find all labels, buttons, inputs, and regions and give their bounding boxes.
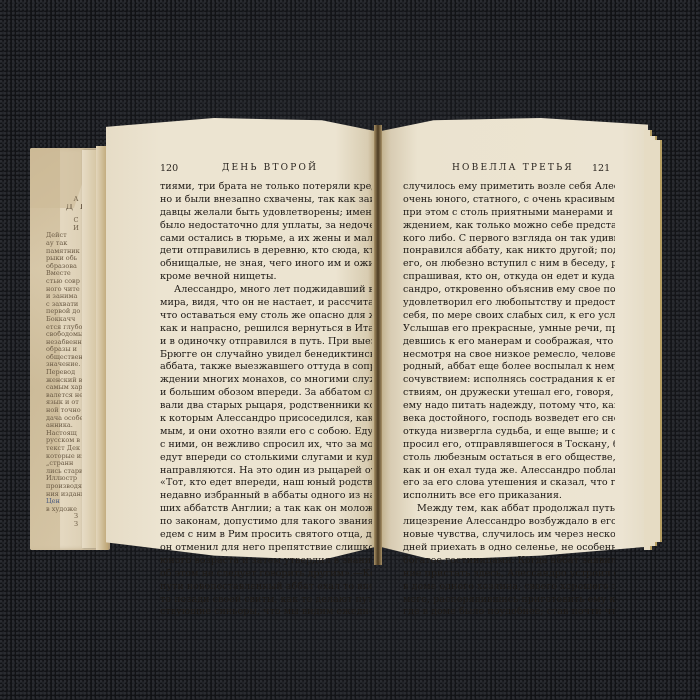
text-line: об этом не следует говорить другим».—Ког… (160, 568, 372, 581)
text-line: ствующие синьоры, что мы видим ежедневно… (160, 606, 372, 619)
text-line: пути новопоставленный аббат ехал то впер… (160, 581, 372, 594)
text-line: дети отправились в деревню, кто сюда, кт… (160, 245, 372, 258)
text-line: с ними, он вежливо спросил их, что за мо… (160, 439, 372, 452)
left-running-head: ДЕНЬ ВТОРОЙ (222, 163, 318, 173)
text-line: но и были внезапно схвачены, так как заи… (160, 194, 372, 207)
text-line: направляются. На это один из рыцарей отв… (160, 465, 372, 478)
text-line: давцы желали быть удовлетворены; имения … (160, 207, 372, 220)
text-line: Брюгге он случайно увидел бенедиктинског… (160, 349, 372, 362)
text-line: обнищалые, не зная, чего иного им и ожид… (160, 258, 372, 271)
right-running-head: НОВЕЛЛА ТРЕТЬЯ (452, 163, 574, 173)
book-scene: АД ЕСИДейстау такпамятникрыки обьобразов… (0, 0, 700, 700)
text-line: недавно избранный в аббаты одного из наи… (160, 490, 372, 503)
text-line: понравился аббату, как никто другой; под… (403, 245, 615, 258)
right-page-number: 121 (592, 163, 610, 174)
text-line: столь любезным остаться в его обществе, … (403, 452, 615, 465)
book-spine-gutter (374, 125, 382, 565)
text-line: мира, видя, что он не настает, и рассчит… (160, 297, 372, 310)
text-line: кого либо. С первого взгляда он так удив… (403, 233, 615, 246)
text-line: ему надо питать надежду, потому что, как… (403, 400, 615, 413)
text-line: то позади своей свиты, как то делают пут… (160, 594, 372, 607)
text-line: он отменил для него препятствие слишком (160, 542, 372, 555)
right-page-text: случилось ему приметить возле себя Алесс… (403, 181, 615, 619)
text-line: и в одиночку отправился в путь. При выез… (160, 336, 372, 349)
text-line: богатое гостиницами. Когда аббат заявил … (403, 555, 615, 568)
text-line: очень юного, статного, с очень красивым … (403, 194, 615, 207)
text-line: как и он ехал туда же. Алессандро поблаг… (403, 465, 615, 478)
text-line: мым, и они охотно взяли его с собою. Еду… (160, 426, 372, 439)
text-line: едем с ним в Рим просить святого отца, д… (160, 529, 372, 542)
text-line: девшись к его манерам и соображая, что о… (403, 336, 615, 349)
text-line: мого, распорядившись приготовить ему ком… (403, 594, 615, 607)
text-line: при этом с столь приятными манерами и об… (403, 207, 615, 220)
text-line: что оставаться ему столь же опасно для ж… (160, 310, 372, 323)
text-line: родный, аббат еще более воспылал к нему (403, 361, 615, 374)
text-line: века достойного, господь возведет его сн… (403, 413, 615, 426)
text-line: как и напрасно, решился вернуться в Итал… (160, 323, 372, 336)
text-line: новые чувства, случилось им через нескол… (403, 529, 615, 542)
text-line: дней приехать в одно селенье, не особенн… (403, 542, 615, 555)
left-page-number: 120 (160, 163, 178, 174)
text-line: удовлетворил его любопытству и предостав… (403, 297, 615, 310)
text-line: аббата, также выезжавшего оттуда в сопро… (160, 361, 372, 374)
text-line: где в доме было поудобнее; став почти чт… (403, 606, 615, 619)
text-line: ждением, как только можно себе представи… (403, 220, 615, 233)
text-line: себя, по мере своих слабых сил, к его ус… (403, 310, 615, 323)
text-line: ждении многих монахов, со многими служит… (160, 374, 372, 387)
text-line: вали два старых рыцаря, родственники кор… (160, 400, 372, 413)
text-line: Алессандро, много лет поджидавший в Англ… (160, 284, 372, 297)
text-line: и большим обозом впереди. За аббатом сле… (160, 387, 372, 400)
text-line: сами остались в тюрьме, а их жены и малы… (160, 233, 372, 246)
text-line: юного возраста и затем утвердил в звании… (160, 555, 372, 568)
text-line: к которым Алессандро присоседился, как к… (160, 413, 372, 426)
text-line: в доме одного хозяина, своего хорошего з… (403, 581, 615, 594)
text-line: едут впереди со столькими слугами и куда… (160, 452, 372, 465)
text-line: Услышав его прекрасные, умные речи, приг… (403, 323, 615, 336)
text-line: его, он любезно вступил с ним в беседу, … (403, 258, 615, 271)
text-line: ших аббатств Англии; а так как он моложе… (160, 503, 372, 516)
text-line: было недостаточно для уплаты, за недочет… (160, 220, 372, 233)
text-line: спрашивая, кто он, откуда он едет и куда… (403, 271, 615, 284)
text-line: кроме вечной нищеты. (160, 271, 372, 284)
text-line: ние пристать здесь, Алессандро устроил е… (403, 568, 615, 581)
text-line: его за его слова утешения и сказал, что … (403, 477, 615, 490)
text-line: Между тем, как аббат продолжал путь, а (403, 503, 615, 516)
text-line: откуда низвергла судьба, и еще выше; и о… (403, 426, 615, 439)
text-line: просил его, отправлявшегося в Тоскану, б… (403, 439, 615, 452)
text-line: несмотря на свое низкое ремесло, человек… (403, 349, 615, 362)
text-line: «Тот, кто едет впереди, наш юный родстве… (160, 477, 372, 490)
text-line: ствиям, он дружески утешал его, говоря, … (403, 387, 615, 400)
text-line: сандро, откровенно объяснив ему свое пол… (403, 284, 615, 297)
text-line: тиями, три брата не только потеряли кред… (160, 181, 372, 194)
text-line: сочувствием: исполнясь сострадания к его… (403, 374, 615, 387)
text-line: исполнить все его приказания. (403, 490, 615, 503)
left-page-text: тиями, три брата не только потеряли кред… (160, 181, 372, 619)
text-line: по законам, допустимо для такого звания,… (160, 516, 372, 529)
text-line: случилось ему приметить возле себя Алесс… (403, 181, 615, 194)
page-edges-right (644, 130, 666, 550)
text-line: лицезрение Алессандро возбуждало в его с… (403, 516, 615, 529)
